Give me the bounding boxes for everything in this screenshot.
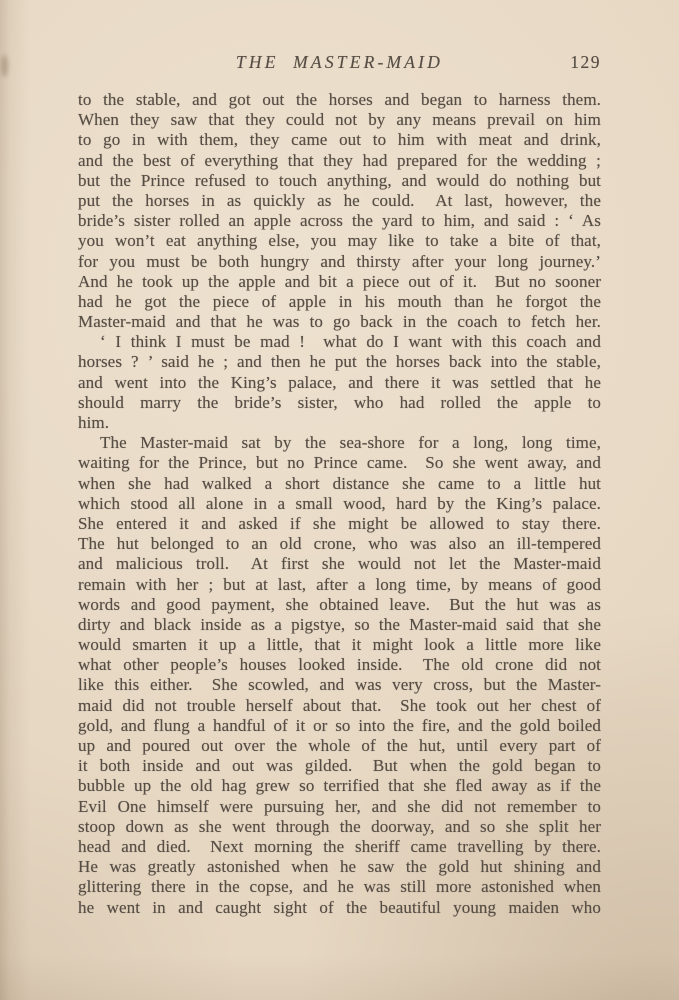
text-line: which stood all alone in a small wood, h… (78, 494, 601, 514)
text-line: when she had walked a short distance she… (78, 474, 601, 494)
text-line: maid did not trouble herself about that.… (78, 696, 601, 716)
text-line: what other people’s houses looked inside… (78, 655, 601, 675)
text-line: remain with her ; but at last, after a l… (78, 575, 601, 595)
text-line: up and poured out over the whole of the … (78, 736, 601, 756)
text-line: had he got the piece of apple in his mou… (78, 292, 601, 312)
text-line: dirty and black inside as a pigstye, so … (78, 615, 601, 635)
text-line: to the stable, and got out the horses an… (78, 90, 601, 110)
text-line: And he took up the apple and bit a piece… (78, 272, 601, 292)
text-line: gold, and flung a handful of it or so in… (78, 716, 601, 736)
text-line: would smarten it up a little, that it mi… (78, 635, 601, 655)
text-line: and malicious troll. At first she would … (78, 554, 601, 574)
text-line: Evil One himself were pursuing her, and … (78, 797, 601, 817)
paragraph: to the stable, and got out the horses an… (78, 90, 601, 332)
text-line: Master-maid and that he was to go back i… (78, 312, 601, 332)
text-line: stoop down as she went through the doorw… (78, 817, 601, 837)
text-line: She entered it and asked if she might be… (78, 514, 601, 534)
text-line: bubble up the old hag grew so terrified … (78, 776, 601, 796)
page-title: THE MASTER-MAID (78, 52, 601, 73)
page-number: 129 (570, 52, 601, 73)
text-line: put the horses in as quickly as he could… (78, 191, 601, 211)
text-line: like this either. She scowled, and was v… (78, 675, 601, 695)
text-line: and went into the King’s palace, and the… (78, 373, 601, 393)
book-page: THE MASTER-MAID 129 to the stable, and g… (0, 0, 679, 1000)
text-line: he went in and caught sight of the beaut… (78, 898, 601, 918)
scan-smudge (1, 55, 8, 77)
text-line: When they saw that they could not by any… (78, 110, 601, 130)
text-line: you won’t eat anything else, you may lik… (78, 231, 601, 251)
text-line: ‘ I think I must be mad ! what do I want… (78, 332, 601, 352)
text-line: should marry the bride’s sister, who had… (78, 393, 601, 413)
text-line: and the best of everything that they had… (78, 151, 601, 171)
text-line: to go in with them, they came out to him… (78, 130, 601, 150)
text-line: glittering there in the copse, and he wa… (78, 877, 601, 897)
text-line: but the Prince refused to touch anything… (78, 171, 601, 191)
page-body: to the stable, and got out the horses an… (78, 90, 601, 918)
text-line: The hut belonged to an old crone, who wa… (78, 534, 601, 554)
text-line: him. (78, 413, 601, 433)
paragraph: ‘ I think I must be mad ! what do I want… (78, 332, 601, 433)
text-line: head and died. Next morning the sheriff … (78, 837, 601, 857)
text-line: it both inside and out was gilded. But w… (78, 756, 601, 776)
text-line: horses ? ’ said he ; and then he put the… (78, 352, 601, 372)
text-line: The Master-maid sat by the sea-shore for… (78, 433, 601, 453)
text-line: words and good payment, she obtained lea… (78, 595, 601, 615)
running-header: THE MASTER-MAID 129 (78, 52, 601, 74)
text-line: bride’s sister rolled an apple across th… (78, 211, 601, 231)
paragraph: The Master-maid sat by the sea-shore for… (78, 433, 601, 918)
text-line: for you must be both hungry and thirsty … (78, 252, 601, 272)
text-line: waiting for the Prince, but no Prince ca… (78, 453, 601, 473)
text-line: He was greatly astonished when he saw th… (78, 857, 601, 877)
